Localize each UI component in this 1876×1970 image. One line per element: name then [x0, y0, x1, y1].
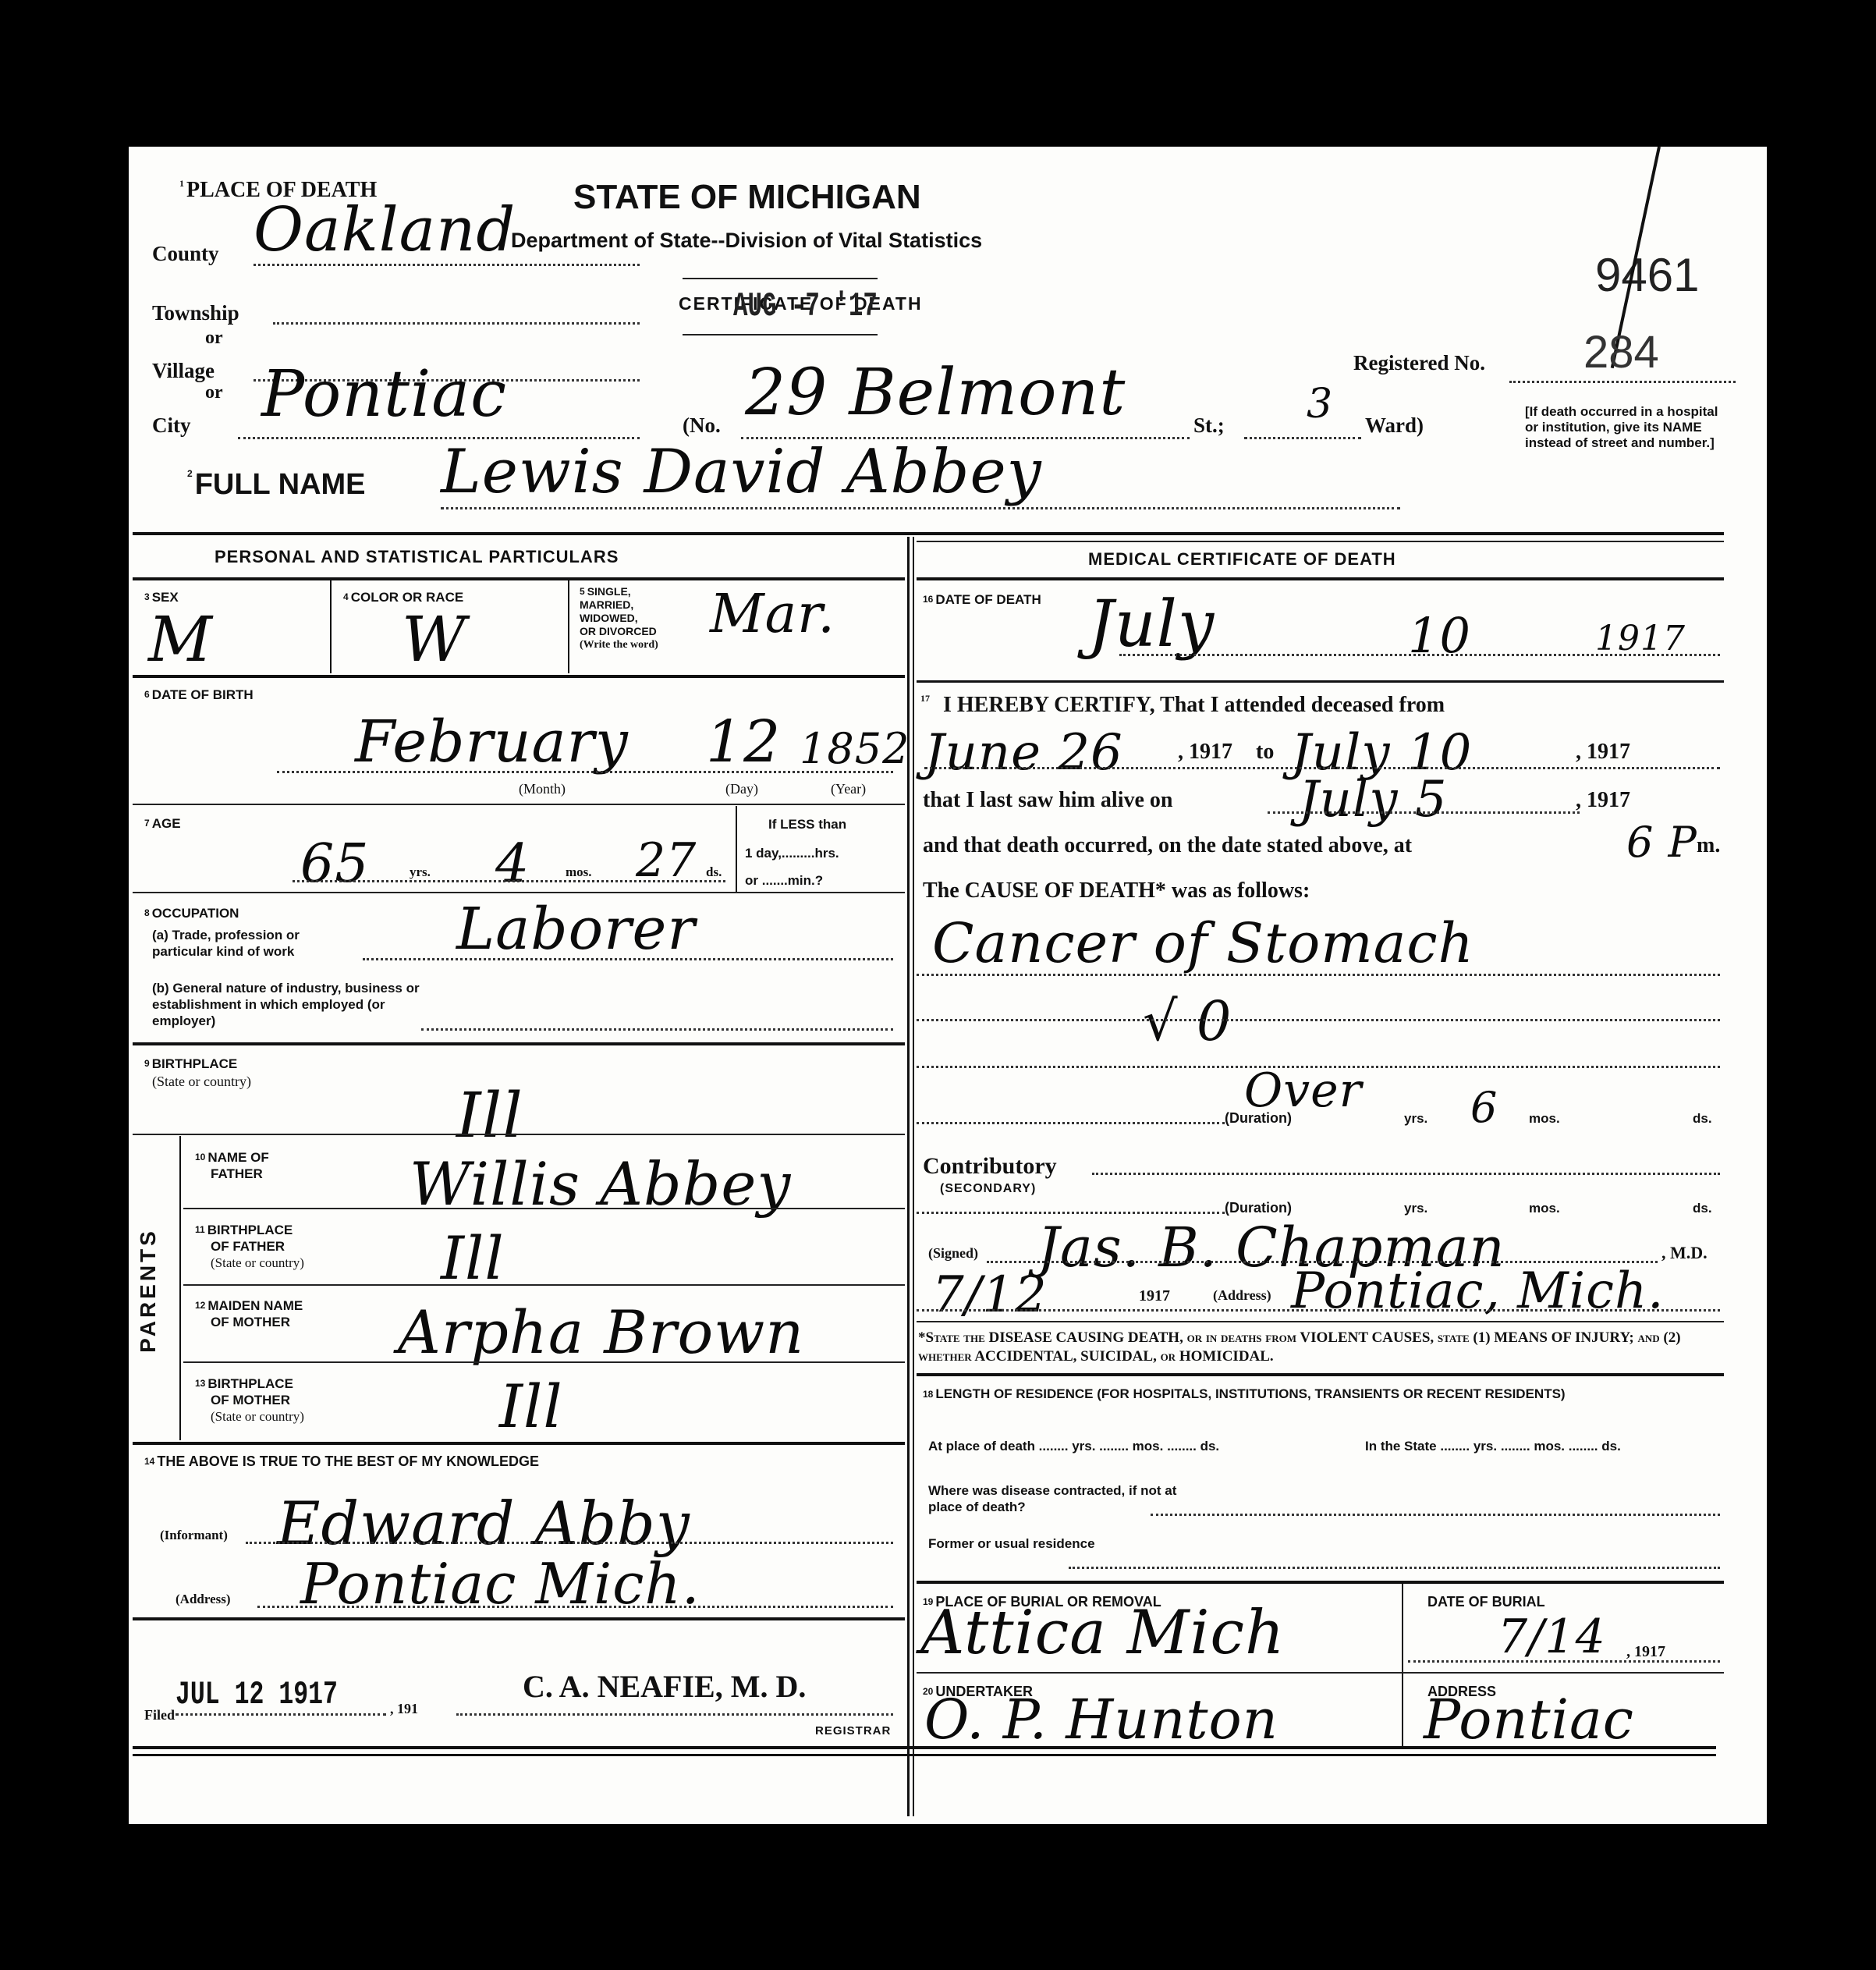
- dob-year: 1852: [800, 724, 910, 773]
- signed-date: 7/12: [932, 1266, 1048, 1324]
- registered-no: 284: [1583, 326, 1659, 378]
- ward-value: 3: [1307, 381, 1333, 428]
- mother-birthplace-label: 13BIRTHPLACE OF MOTHER (State or country…: [195, 1375, 304, 1425]
- age-years: 65: [300, 833, 370, 895]
- birthplace-label: 9BIRTHPLACE: [144, 1056, 237, 1072]
- dod-month: July: [1088, 587, 1215, 662]
- age-label: 7AGE: [144, 815, 181, 832]
- mother-birthplace-value: Ill: [499, 1372, 563, 1441]
- city-label: City: [152, 414, 191, 438]
- cause-label: The CAUSE OF DEATH* was as follows:: [923, 879, 1310, 903]
- dod-label: 16DATE OF DEATH: [923, 591, 1041, 608]
- medical-section-title: MEDICAL CERTIFICATE OF DEATH: [1088, 551, 1396, 567]
- former-residence-label: Former or usual residence: [928, 1535, 1100, 1552]
- received-stamp: AUG -7 '17: [733, 287, 878, 326]
- street-no-label: (No.: [683, 414, 721, 438]
- dob-day: 12: [706, 708, 781, 776]
- occupation-a-label: (a) Trade, profession or particular kind…: [152, 927, 363, 960]
- certify-text: 17 I HEREBY CERTIFY, That I attended dec…: [920, 693, 1445, 718]
- city-value: Pontiac: [261, 357, 507, 431]
- mother-value: Arpha Brown: [398, 1297, 804, 1367]
- township-label: Township: [152, 301, 239, 325]
- registrar-name: C. A. NEAFIE, M. D.: [523, 1668, 806, 1705]
- race-value: W: [402, 603, 466, 676]
- death-certificate: 1PLACE OF DEATH STATE OF MICHIGAN Depart…: [129, 147, 1767, 1824]
- filed-stamp: JUL 12 1917: [176, 1676, 338, 1713]
- father-birthplace-value: Ill: [441, 1223, 505, 1293]
- cause-footnote: *State the DISEASE CAUSING DEATH, or in …: [918, 1329, 1722, 1366]
- county-value: Oakland: [254, 195, 516, 265]
- father-birthplace-label: 11BIRTHPLACE OF FATHER (State or country…: [195, 1222, 304, 1271]
- cause-value: Cancer of Stomach: [932, 911, 1474, 975]
- state-title: STATE OF MICHIGAN: [573, 178, 921, 217]
- undertaker-address-value: Pontiac: [1424, 1688, 1634, 1752]
- department-subtitle: Department of State--Division of Vital S…: [511, 229, 982, 253]
- informant-value: Edward Abby: [277, 1489, 690, 1558]
- marital-label: 5SINGLE, MARRIED, WIDOWED, OR DIVORCED (…: [580, 585, 658, 651]
- disease-contracted-label: Where was disease contracted, if not at …: [928, 1482, 1178, 1515]
- registrar-label: REGISTRAR: [815, 1723, 891, 1739]
- attended-from: June 26: [924, 724, 1123, 782]
- village-label: Village: [152, 359, 215, 383]
- mother-label: 12MAIDEN NAME OF MOTHER: [195, 1297, 303, 1330]
- undertaker-value: O. P. Hunton: [924, 1688, 1278, 1752]
- father-label: 10NAME OF FATHER: [195, 1149, 269, 1182]
- sex-value: M: [148, 603, 213, 676]
- occupation-value: Laborer: [456, 896, 696, 963]
- burial-date-value: 7/14: [1498, 1610, 1606, 1664]
- residence-at-place: At place of death ........ yrs. ........…: [928, 1438, 1365, 1454]
- personal-section-title: PERSONAL AND STATISTICAL PARTICULARS: [215, 548, 619, 565]
- residence-label: 18LENGTH OF RESIDENCE (FOR HOSPITALS, IN…: [923, 1386, 1718, 1403]
- dod-year: 1917: [1595, 619, 1686, 658]
- birthplace-value: Ill: [456, 1079, 523, 1152]
- burial-date-label: DATE OF BURIAL: [1427, 1594, 1545, 1610]
- contributory-label: Contributory: [923, 1153, 1057, 1180]
- street-value: 29 Belmont: [745, 356, 1126, 430]
- ward-label: Ward): [1365, 414, 1424, 438]
- death-occurred-text: and that death occurred, on the date sta…: [923, 833, 1412, 858]
- file-number: 9461: [1595, 248, 1699, 302]
- informant-statement: 14THE ABOVE IS TRUE TO THE BEST OF MY KN…: [144, 1454, 539, 1470]
- last-saw-value: July 5: [1299, 771, 1448, 829]
- duration-months: 6: [1470, 1083, 1498, 1132]
- marital-value: Mar.: [710, 584, 835, 645]
- dob-label: 6DATE OF BIRTH: [144, 687, 254, 703]
- hospital-note: [If death occurred in a hospital or inst…: [1525, 404, 1732, 451]
- section-divider: [133, 532, 1724, 535]
- time-of-death: 6 P: [1626, 818, 1697, 867]
- residence-in-state: In the State ........ yrs. ........ mos.…: [1365, 1438, 1716, 1454]
- title-rule: [683, 334, 878, 335]
- cause-check-mark: √ 0: [1143, 989, 1232, 1053]
- title-rule: [683, 278, 878, 279]
- parents-sidebar: PARENTS: [133, 1145, 179, 1442]
- burial-place-value: Attica Mich: [920, 1598, 1285, 1668]
- last-saw-text: that I last saw him alive on: [923, 788, 1172, 813]
- age-months: 4: [495, 833, 530, 895]
- registered-no-label: Registered No.: [1353, 351, 1485, 375]
- occupation-label: 8OCCUPATION: [144, 905, 239, 921]
- occupation-b-label: (b) General nature of industry, business…: [152, 980, 425, 1029]
- full-name-value: Lewis David Abbey: [441, 437, 1042, 507]
- full-name-label: 2FULL NAME: [187, 468, 366, 502]
- street-label: St.;: [1193, 414, 1225, 438]
- county-label: County: [152, 242, 219, 266]
- dob-month: February: [355, 708, 629, 776]
